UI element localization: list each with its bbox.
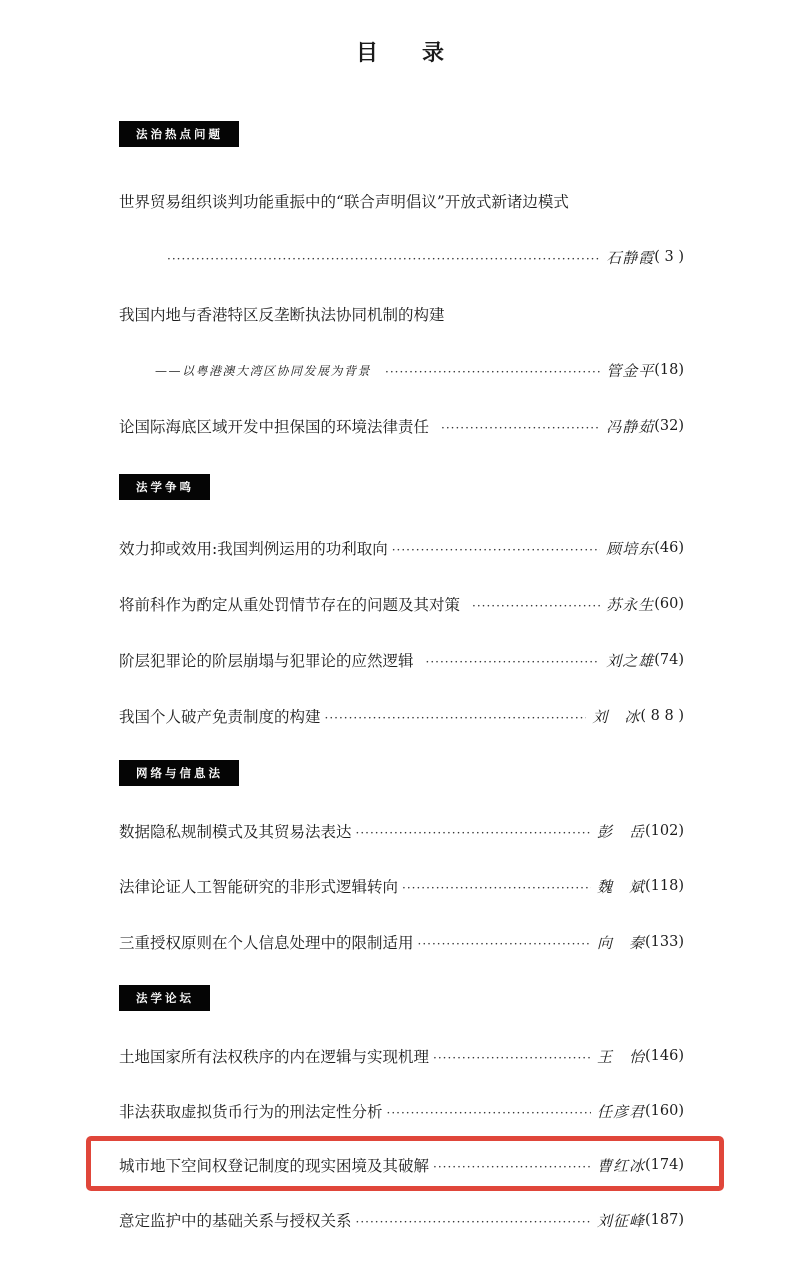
entry-page: (133)	[645, 934, 684, 950]
dot-leader	[418, 938, 591, 950]
dot-leader	[385, 366, 600, 378]
toc-entry-continuation[interactable]: 石静霞 ( 3 )	[167, 245, 684, 269]
entry-author: 王 怡	[597, 1046, 645, 1067]
dot-leader	[356, 827, 591, 839]
toc-entry[interactable]: 论国际海底区域开发中担保国的环境法律责任 冯静茹 (32)	[119, 414, 684, 438]
dot-leader	[402, 882, 591, 894]
entry-page: (146)	[645, 1048, 684, 1064]
entry-author: 彭 岳	[597, 821, 645, 842]
toc-entry[interactable]: 我国个人破产免责制度的构建 刘 冰 ( 8 8 )	[119, 704, 684, 728]
dot-leader	[472, 600, 600, 612]
entry-title: 非法获取虚拟货币行为的刑法定性分析	[119, 1100, 383, 1122]
toc-entry[interactable]: 将前科作为酌定从重处罚情节存在的问题及其对策 苏永生 (60)	[119, 592, 684, 616]
dot-leader	[167, 253, 600, 265]
entry-title: 意定监护中的基础关系与授权关系	[119, 1209, 352, 1231]
page-title: 目录	[0, 36, 800, 67]
section-header-legal-forum: 法学论坛	[119, 985, 210, 1011]
toc-entry[interactable]: 非法获取虚拟货币行为的刑法定性分析 任彦君 (160)	[119, 1099, 684, 1123]
toc-entry[interactable]: 意定监护中的基础关系与授权关系 刘征峰 (187)	[119, 1208, 684, 1232]
dot-leader	[325, 712, 587, 724]
entry-author: 冯静茹	[606, 416, 654, 437]
entry-page: (46)	[654, 540, 684, 556]
entry-page: (102)	[645, 823, 684, 839]
toc-entry-subtitle[interactable]: ——以粤港澳大湾区协同发展为背景 管金平 (18)	[155, 358, 684, 382]
dot-leader	[426, 656, 601, 668]
entry-title: 将前科作为酌定从重处罚情节存在的问题及其对策	[119, 593, 460, 615]
toc-entry[interactable]: 数据隐私规制模式及其贸易法表达 彭 岳 (102)	[119, 819, 684, 843]
section-header-hot-issues: 法治热点问题	[119, 121, 239, 147]
entry-page: (118)	[645, 878, 684, 894]
entry-page: (174)	[645, 1157, 684, 1173]
toc-entry[interactable]: 阶层犯罪论的阶层崩塌与犯罪论的应然逻辑 刘之雄 (74)	[119, 648, 684, 672]
dot-leader	[387, 1107, 591, 1119]
entry-title: 阶层犯罪论的阶层崩塌与犯罪论的应然逻辑	[119, 649, 414, 671]
entry-title: 世界贸易组织谈判功能重振中的“联合声明倡议”开放式新诸边模式	[119, 190, 569, 212]
entry-author: 苏永生	[606, 594, 654, 615]
toc-entry[interactable]: 土地国家所有法权秩序的内在逻辑与实现机理 王 怡 (146)	[119, 1044, 684, 1068]
entry-subtitle: ——以粤港澳大湾区协同发展为背景	[155, 362, 371, 379]
entry-page: (18)	[654, 362, 684, 378]
toc-entry[interactable]: 我国内地与香港特区反垄断执法协同机制的构建	[119, 302, 684, 326]
entry-author: 石静霞	[606, 247, 654, 268]
entry-author: 刘之雄	[606, 650, 654, 671]
section-header-legal-debate: 法学争鸣	[119, 474, 210, 500]
entry-page: (187)	[645, 1212, 684, 1228]
entry-title: 我国内地与香港特区反垄断执法协同机制的构建	[119, 303, 445, 325]
toc-entry[interactable]: 世界贸易组织谈判功能重振中的“联合声明倡议”开放式新诸边模式	[119, 189, 684, 213]
entry-author: 向 秦	[597, 932, 645, 953]
entry-page: (74)	[654, 652, 684, 668]
entry-author: 魏 斌	[597, 876, 645, 897]
entry-page: ( 8 8 )	[640, 708, 684, 724]
entry-author: 刘 冰	[592, 706, 640, 727]
entry-author: 曹红冰	[597, 1155, 645, 1176]
entry-title: 我国个人破产免责制度的构建	[119, 705, 321, 727]
entry-title: 城市地下空间权登记制度的现实困境及其破解	[119, 1154, 429, 1176]
entry-title: 效力抑或效用:我国判例运用的功利取向	[119, 537, 388, 559]
toc-entry-highlighted[interactable]: 城市地下空间权登记制度的现实困境及其破解 曹红冰 (174)	[119, 1153, 684, 1177]
entry-title: 法律论证人工智能研究的非形式逻辑转向	[119, 875, 398, 897]
entry-author: 任彦君	[597, 1101, 645, 1122]
dot-leader	[441, 422, 600, 434]
toc-entry[interactable]: 法律论证人工智能研究的非形式逻辑转向 魏 斌 (118)	[119, 874, 684, 898]
dot-leader	[433, 1161, 591, 1173]
dot-leader	[433, 1052, 591, 1064]
entry-page: ( 3 )	[654, 249, 684, 265]
entry-title: 三重授权原则在个人信息处理中的限制适用	[119, 931, 414, 953]
dot-leader	[356, 1216, 591, 1228]
entry-page: (160)	[645, 1103, 684, 1119]
entry-author: 管金平	[606, 360, 654, 381]
dot-leader	[392, 544, 600, 556]
entry-title: 土地国家所有法权秩序的内在逻辑与实现机理	[119, 1045, 429, 1067]
toc-entry[interactable]: 效力抑或效用:我国判例运用的功利取向 顾培东 (46)	[119, 536, 684, 560]
toc-entry[interactable]: 三重授权原则在个人信息处理中的限制适用 向 秦 (133)	[119, 930, 684, 954]
entry-page: (32)	[654, 418, 684, 434]
entry-page: (60)	[654, 596, 684, 612]
entry-author: 刘征峰	[597, 1210, 645, 1231]
entry-title: 论国际海底区域开发中担保国的环境法律责任	[119, 415, 429, 437]
entry-author: 顾培东	[606, 538, 654, 559]
entry-title: 数据隐私规制模式及其贸易法表达	[119, 820, 352, 842]
section-header-network-info-law: 网络与信息法	[119, 760, 239, 786]
